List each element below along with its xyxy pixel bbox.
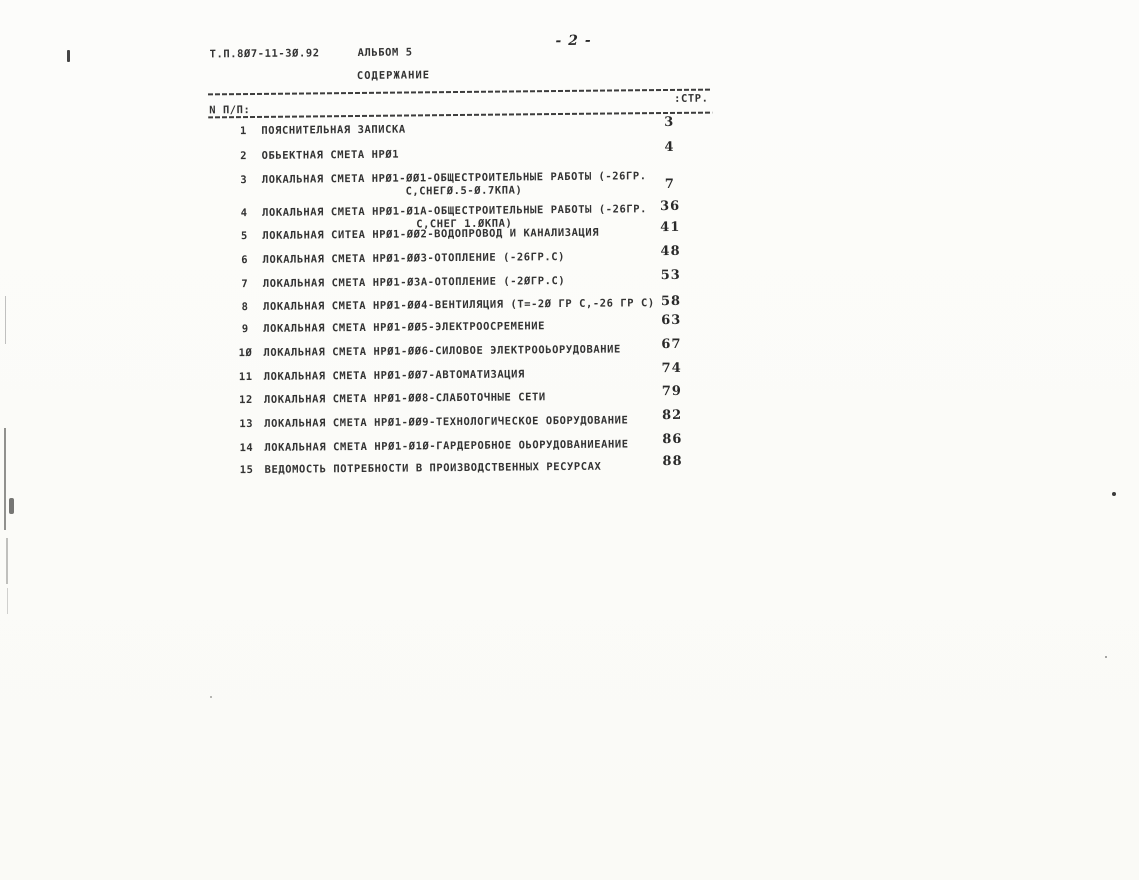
handwritten-page-ref: 82 bbox=[643, 408, 701, 424]
dashed-rule-middle bbox=[208, 112, 712, 119]
toc-row: 6 ЛОКАЛЬНАЯ СМЕТА НРØ1-ØØ3-ОТОПЛЕНИЕ (-2… bbox=[210, 249, 722, 254]
toc-row: 1 ПОЯСНИТЕЛЬНАЯ ЗАПИСКА 3 bbox=[208, 120, 720, 125]
album-label: АЛЬБОМ 5 bbox=[358, 46, 413, 59]
item-number: 6 bbox=[228, 254, 262, 266]
item-title: ЛОКАЛЬНАЯ СМЕТА НРØ1-ØØ3-ОТОПЛЕНИЕ (-26Г… bbox=[263, 250, 667, 266]
document-number: Т.П.8Ø7-11-3Ø.92 bbox=[210, 47, 320, 60]
handwritten-page-ref: 74 bbox=[643, 361, 701, 377]
column-header-item: N П/П: bbox=[209, 104, 250, 116]
item-number: 9 bbox=[228, 323, 262, 335]
item-title: ЛОКАЛЬНАЯ СИТЕА НРØ1-ØØ2-ВОДОПРОВОД И КА… bbox=[262, 226, 666, 242]
toc-row: 1Ø ЛОКАЛЬНАЯ СМЕТА НРØ1-ØØ6-СИЛОВОЕ ЭЛЕК… bbox=[210, 342, 722, 347]
toc-row: 13 ЛОКАЛЬНАЯ СМЕТА НРØ1-ØØ9-ТЕХНОЛОГИЧЕС… bbox=[211, 413, 723, 418]
item-title: ЛОКАЛЬНАЯ СМЕТА НРØ1-ØØ5-ЭЛЕКТРООСРЕМЕНИ… bbox=[263, 319, 667, 335]
toc-row: 3 ЛОКАЛЬНАЯ СМЕТА НРØ1-ØØ1-ОБЩЕСТРОИТЕЛЬ… bbox=[209, 169, 721, 174]
toc-row: 14 ЛОКАЛЬНАЯ СМЕТА НРØ1-Ø1Ø-ГАРДЕРОБНОЕ … bbox=[211, 437, 723, 442]
handwritten-page-ref: 79 bbox=[643, 384, 701, 400]
item-number: 3 bbox=[227, 174, 261, 186]
item-title: ЛОКАЛЬНАЯ СМЕТА НРØ1-ØØ6-СИЛОВОЕ ЭЛЕКТРО… bbox=[263, 343, 667, 359]
handwritten-page-ref: 48 bbox=[641, 244, 699, 260]
handwritten-page-ref: 58 bbox=[642, 294, 700, 310]
item-number: 13 bbox=[229, 418, 263, 430]
item-title-line1: ПОЯСНИТЕЛЬНАЯ ЗАПИСКА bbox=[261, 124, 405, 137]
item-title: ЛОКАЛЬНАЯ СМЕТА НРØ1-ØØ1-ОБЩЕСТРОИТЕЛЬНЫ… bbox=[262, 170, 666, 199]
item-title-line1: ВЕДОМОСТЬ ПОТРЕБНОСТИ В ПРОИЗВОДСТВЕННЫХ… bbox=[265, 461, 602, 476]
item-number: 2 bbox=[227, 150, 261, 162]
column-header-page: :СТР. bbox=[674, 93, 708, 105]
handwritten-page-ref: 53 bbox=[642, 268, 700, 284]
scanned-document-page: { "header": { "doc_number": "Т.П.8Ø7-11-… bbox=[0, 0, 1139, 880]
item-number: 7 bbox=[228, 278, 262, 290]
handwritten-page-ref: 41 bbox=[641, 220, 699, 236]
toc-row: 7 ЛОКАЛЬНАЯ СМЕТА НРØ1-Ø3А-ОТОПЛЕНИЕ (-2… bbox=[210, 273, 722, 278]
item-title: ЛОКАЛЬНАЯ СМЕТА НРØ1-Ø3А-ОТОПЛЕНИЕ (-2ØГ… bbox=[263, 274, 667, 290]
handwritten-page-ref: 3 bbox=[640, 115, 698, 131]
item-title: ЛОКАЛЬНАЯ СМЕТА НРØ1-Ø1Ø-ГАРДЕРОБНОЕ ОЬО… bbox=[264, 438, 668, 454]
handwritten-page-ref: 67 bbox=[642, 337, 700, 353]
item-title: ПОЯСНИТЕЛЬНАЯ ЗАПИСКА bbox=[261, 121, 665, 137]
toc-title: СОДЕРЖАНИЕ bbox=[357, 69, 430, 82]
toc-row: 8 ЛОКАЛЬНАЯ СМЕТА НРØ1-ØØ4-ВЕНТИЛЯЦИЯ (Т… bbox=[210, 296, 722, 301]
item-number: 1 bbox=[226, 125, 260, 137]
item-title: ОБЬЕКТНАЯ СМЕТА НРØ1 bbox=[262, 146, 666, 162]
item-title-line1: ЛОКАЛЬНАЯ СМЕТА НРØ1-ØØ5-ЭЛЕКТРООСРЕМЕНИ… bbox=[263, 320, 545, 335]
item-number: 14 bbox=[229, 442, 263, 454]
toc-row: 9 ЛОКАЛЬНАЯ СМЕТА НРØ1-ØØ5-ЭЛЕКТРООСРЕМЕ… bbox=[210, 318, 722, 323]
item-title-line1: ЛОКАЛЬНАЯ СМЕТА НРØ1-Ø3А-ОТОПЛЕНИЕ (-2ØГ… bbox=[263, 275, 565, 290]
toc-row: 12 ЛОКАЛЬНАЯ СМЕТА НРØ1-ØØ8-СЛАБОТОЧНЫЕ … bbox=[211, 389, 723, 394]
item-number: 1Ø bbox=[228, 347, 262, 359]
item-title-line1: ЛОКАЛЬНАЯ СМЕТА НРØ1-ØØ8-СЛАБОТОЧНЫЕ СЕТ… bbox=[264, 391, 546, 406]
item-title-line1: ЛОКАЛЬНАЯ СМЕТА НРØ1-ØØ7-АВТОМАТИЗАЦИЯ bbox=[264, 368, 525, 383]
toc-row: 15 ВЕДОМОСТЬ ПОТРЕБНОСТИ В ПРОИЗВОДСТВЕН… bbox=[212, 459, 724, 464]
item-title-line1: ЛОКАЛЬНАЯ СМЕТА НРØ1-ØØ3-ОТОПЛЕНИЕ (-26Г… bbox=[263, 251, 565, 266]
item-number: 15 bbox=[230, 464, 264, 476]
toc-row: 2 ОБЬЕКТНАЯ СМЕТА НРØ1 4 bbox=[209, 145, 721, 150]
item-title: ЛОКАЛЬНАЯ СМЕТА НРØ1-ØØ9-ТЕХНОЛОГИЧЕСКОЕ… bbox=[264, 414, 668, 430]
item-number: 5 bbox=[227, 230, 261, 242]
item-number: 12 bbox=[229, 394, 263, 406]
item-title-line1: ЛОКАЛЬНАЯ СИТЕА НРØ1-ØØ2-ВОДОПРОВОД И КА… bbox=[262, 227, 599, 242]
handwritten-page-ref: 4 bbox=[640, 140, 698, 156]
item-number: 4 bbox=[227, 207, 261, 219]
item-title-line1: ЛОКАЛЬНАЯ СМЕТА НРØ1-ØØ6-СИЛОВОЕ ЭЛЕКТРО… bbox=[263, 343, 620, 358]
item-title-line1: ОБЬЕКТНАЯ СМЕТА НРØ1 bbox=[262, 149, 400, 162]
handwritten-page-ref: 36 bbox=[641, 199, 699, 215]
handwritten-page-number: - 2 - bbox=[555, 33, 591, 49]
item-title-line1: ЛОКАЛЬНАЯ СМЕТА НРØ1-ØØ4-ВЕНТИЛЯЦИЯ (Т=-… bbox=[263, 297, 655, 313]
item-title: ЛОКАЛЬНАЯ СМЕТА НРØ1-ØØ8-СЛАБОТОЧНЫЕ СЕТ… bbox=[264, 390, 668, 406]
item-title: ВЕДОМОСТЬ ПОТРЕБНОСТИ В ПРОИЗВОДСТВЕННЫХ… bbox=[265, 460, 669, 476]
typewritten-content: Т.П.8Ø7-11-3Ø.92 АЛЬБОМ 5 - 2 - СОДЕРЖАН… bbox=[0, 0, 1139, 880]
toc-row: 11 ЛОКАЛЬНАЯ СМЕТА НРØ1-ØØ7-АВТОМАТИЗАЦИ… bbox=[211, 366, 723, 371]
item-title-line1: ЛОКАЛЬНАЯ СМЕТА НРØ1-ØØ9-ТЕХНОЛОГИЧЕСКОЕ… bbox=[264, 414, 628, 429]
handwritten-page-ref: 63 bbox=[642, 313, 700, 329]
item-title: ЛОКАЛЬНАЯ СМЕТА НРØ1-ØØ7-АВТОМАТИЗАЦИЯ bbox=[264, 367, 668, 383]
toc-row: 4 ЛОКАЛЬНАЯ СМЕТА НРØ1-Ø1А-ОБЩЕСТРОИТЕЛЬ… bbox=[209, 202, 721, 207]
handwritten-page-ref: 88 bbox=[643, 454, 701, 470]
handwritten-page-ref: 86 bbox=[643, 432, 701, 448]
item-number: 8 bbox=[228, 301, 262, 313]
toc-list: 1 ПОЯСНИТЕЛЬНАЯ ЗАПИСКА 3 2 ОБЬЕКТНАЯ СМ… bbox=[207, 0, 719, 2]
handwritten-page-ref: 7 bbox=[641, 177, 699, 193]
paper-background: Т.П.8Ø7-11-3Ø.92 АЛЬБОМ 5 - 2 - СОДЕРЖАН… bbox=[0, 0, 1139, 880]
item-number: 11 bbox=[229, 371, 263, 383]
item-title: ЛОКАЛЬНАЯ СМЕТА НРØ1-ØØ4-ВЕНТИЛЯЦИЯ (Т=-… bbox=[263, 297, 667, 313]
dashed-rule-top bbox=[208, 89, 712, 96]
item-title-line1: ЛОКАЛЬНАЯ СМЕТА НРØ1-Ø1Ø-ГАРДЕРОБНОЕ ОЬО… bbox=[264, 438, 628, 453]
